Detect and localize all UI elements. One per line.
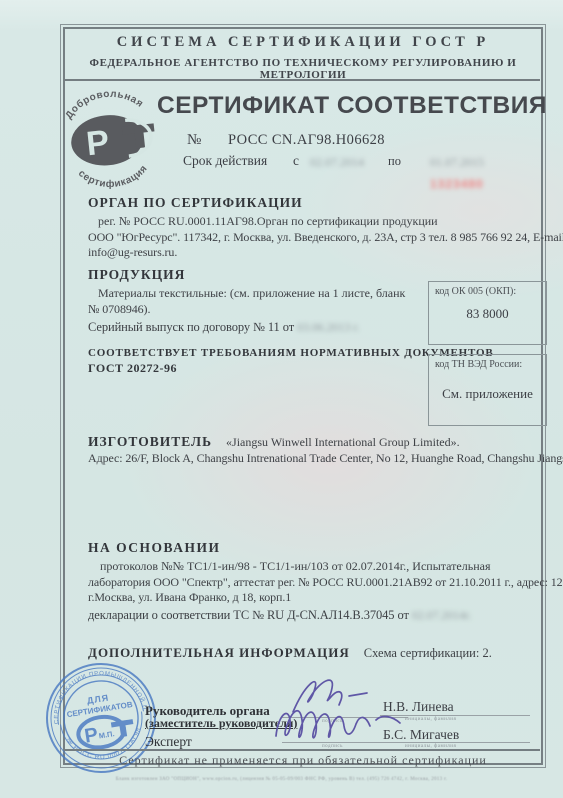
product-label: ПРОДУКЦИЯ [88,267,185,282]
logo-bottom-text: сертификация [75,161,152,192]
stamp-mp: М.П. [98,729,115,740]
expert-name-line [380,742,530,743]
additional-info-label: ДОПОЛНИТЕЛЬНАЯ ИНФОРМАЦИЯ [88,645,350,660]
svg-text:сертификация: сертификация [75,161,152,192]
agency-title: ФЕДЕРАЛЬНОЕ АГЕНТСТВО ПО ТЕХНИЧЕСКОМУ РЕ… [60,57,546,81]
validity-label: Срок действия [183,153,267,169]
product-line2: № 0708946). [88,302,438,317]
manufacturer-address: Адрес: 26/F, Block A, Changshu Intrenati… [88,451,540,466]
tnved-code-label: код ТН ВЭД России: [429,355,546,370]
bottom-note: Сертификат не применяется при обязательн… [60,753,546,768]
bottom-divider [64,749,540,751]
expert-role: Эксперт [145,734,192,750]
basis-line4-prefix: декларации о соответствии ТС № RU Д-CN.А… [88,608,409,622]
additional-info-value: Схема сертификации: 2. [364,646,492,660]
logo-letter-r: Р [84,123,111,163]
product-section: ПРОДУКЦИЯ Материалы текстильные: (см. пр… [88,266,438,334]
basis-blurred-date: 02.07.2014г. [412,608,471,622]
basis-line2: лаборатория ООО "Спектр", аттестат рег. … [88,575,540,590]
okp-code-value: 83 8000 [429,306,546,322]
tnved-code-box: код ТН ВЭД России: См. приложение [428,354,547,426]
certification-body-label: ОРГАН ПО СЕРТИФИКАЦИИ [88,195,303,210]
product-line3: Серийный выпуск по договору № 11 от 03.0… [88,320,438,335]
manufacturer-section: ИЗГОТОВИТЕЛЬ «Jiangsu Winwell Internatio… [88,433,540,466]
okp-code-label: код ОК 005 (ОКП): [429,282,546,297]
number-label: № [187,132,201,149]
validity-to-label: по [388,154,401,169]
product-line1: Материалы текстильные: (см. приложение н… [98,286,405,300]
manufacturer-name: «Jiangsu Winwell International Group Lim… [226,435,460,449]
blank-number: 1323480 [430,177,484,191]
basis-line3: г.Москва, ул. Ивана Франко, д 18, корп.1 [88,590,540,605]
validity-from-date: 02.07.2014 [310,155,364,170]
product-line3-prefix: Серийный выпуск по договору № 11 от [88,320,294,334]
stamp-letter-r: Р [83,724,100,748]
tnved-code-value: См. приложение [429,386,546,402]
conformity-standard: ГОСТ 20272-96 [88,361,440,376]
manufacturer-label: ИЗГОТОВИТЕЛЬ [88,434,212,449]
expert-name: Б.С. Мигачев [383,727,459,743]
certification-body-line3: info@ug-resurs.ru. [88,245,540,260]
header-divider [64,79,540,81]
blank-manufacturer-fine-print: Бланк изготовлен ЗАО "ОПЦИОН", www.opcio… [0,777,563,782]
conformity-section: СООТВЕТСТВУЕТ ТРЕБОВАНИЯМ НОРМАТИВНЫХ ДО… [88,347,440,376]
head-name-caption: инициалы, фамилия [405,717,456,722]
document-title: СЕРТИФИКАТ СООТВЕТСТВИЯ [157,92,537,120]
product-blurred-date: 03.06.2013 г. [297,320,359,334]
validity-to-date: 01.07.2015 [430,155,484,170]
basis-label: НА ОСНОВАНИИ [88,540,220,555]
certificate-page: { "colors": { "paper": "#d5e6e3", "ink":… [0,0,563,798]
gost-r-voluntary-certification-logo-icon: Добровольная сертификация Р [57,86,163,192]
basis-section: НА ОСНОВАНИИ протоколов №№ ТС1/1-ин/98 -… [88,539,540,623]
validity-with: с [293,153,299,169]
okp-code-box: код ОК 005 (ОКП): 83 8000 [428,281,547,345]
system-title: СИСТЕМА СЕРТИФИКАЦИИ ГОСТ Р [60,34,546,51]
certification-body-line2: ООО "ЮгРесурс". 117342, г. Москва, ул. В… [88,230,540,245]
conformity-label: СООТВЕТСТВУЕТ ТРЕБОВАНИЯМ НОРМАТИВНЫХ ДО… [88,347,440,359]
basis-line4: декларации о соответствии ТС № RU Д-CN.А… [88,608,540,623]
certification-body-line1: рег. № РОСС RU.0001.11АГ98.Орган по серт… [98,214,438,228]
certification-body-section: ОРГАН ПО СЕРТИФИКАЦИИ рег. № РОСС RU.000… [88,194,540,259]
certificate-number: РОСС CN.АГ98.Н06628 [228,132,385,149]
basis-line1: протоколов №№ ТС1/1-ин/98 - ТС1/1-ин/103… [100,559,490,573]
